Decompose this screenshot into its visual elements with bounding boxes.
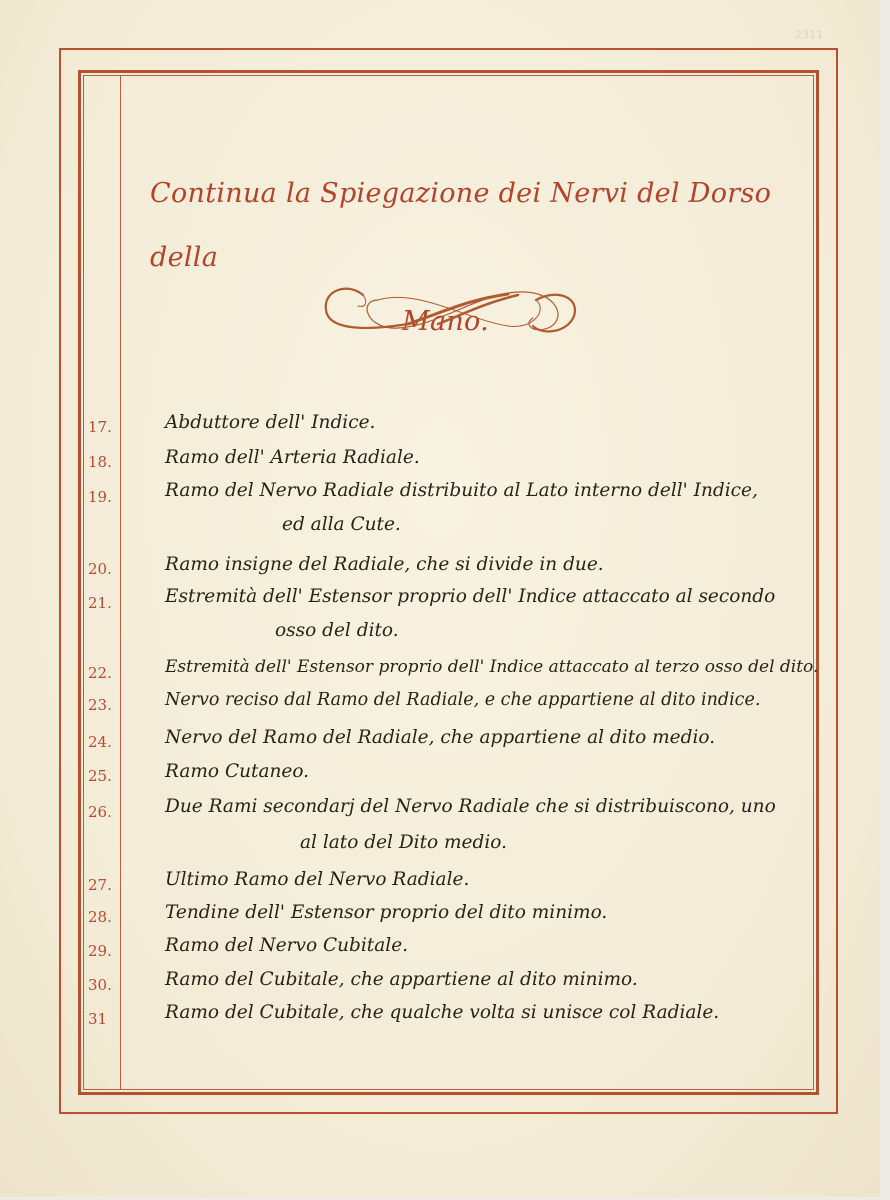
- item-text: Due Rami secondarj del Nervo Radiale che…: [165, 796, 776, 817]
- item-number: 23.: [88, 696, 120, 714]
- item-continuation: ed alla Cute.: [282, 514, 401, 535]
- item-text: Tendine dell' Estensor proprio del dito …: [165, 902, 607, 923]
- item-number: 26.: [88, 803, 120, 821]
- item-number: 20.: [88, 560, 120, 578]
- item-continuation: osso del dito.: [275, 620, 399, 641]
- item-text: Nervo del Ramo del Radiale, che appartie…: [165, 727, 715, 748]
- item-text: Ramo del Cubitale, che qualche volta si …: [165, 1002, 719, 1023]
- item-text: Nervo reciso dal Ramo del Radiale, e che…: [165, 690, 760, 710]
- item-continuation: al lato del Dito medio.: [300, 832, 507, 853]
- item-text: Ramo Cutaneo.: [165, 761, 309, 782]
- item-text: Ramo del Nervo Radiale distribuito al La…: [165, 480, 758, 501]
- item-text: Ultimo Ramo del Nervo Radiale.: [165, 869, 469, 890]
- item-text: Ramo insigne del Radiale, che si divide …: [165, 554, 604, 575]
- item-text: Ramo del Cubitale, che appartiene al dit…: [165, 969, 638, 990]
- item-number: 22.: [88, 664, 120, 682]
- item-number: 29.: [88, 942, 120, 960]
- item-text: Estremità dell' Estensor proprio dell' I…: [165, 657, 818, 677]
- item-text: Ramo del Nervo Cubitale.: [165, 935, 408, 956]
- margin-rule: [120, 75, 121, 1090]
- item-number: 17.: [88, 418, 120, 436]
- item-number: 28.: [88, 908, 120, 926]
- item-text: Ramo dell' Arteria Radiale.: [165, 447, 420, 468]
- item-text: Abduttore dell' Indice.: [165, 412, 375, 433]
- item-number: 30.: [88, 976, 120, 994]
- title-line-1: Continua la Spiegazione dei Nervi del Do…: [150, 178, 771, 273]
- item-number: 27.: [88, 876, 120, 894]
- item-number: 21.: [88, 594, 120, 612]
- manuscript-page: 2311 Continua la Spiegazione dei Nervi d…: [0, 0, 880, 1197]
- corner-mark: 2311: [795, 28, 823, 41]
- item-number: 18.: [88, 453, 120, 471]
- item-number: 24.: [88, 733, 120, 751]
- item-number: 25.: [88, 767, 120, 785]
- flourish-ornament-icon: [318, 280, 584, 340]
- item-number: 19.: [88, 488, 120, 506]
- item-number: 31: [88, 1010, 120, 1028]
- item-text: Estremità dell' Estensor proprio dell' I…: [165, 586, 775, 607]
